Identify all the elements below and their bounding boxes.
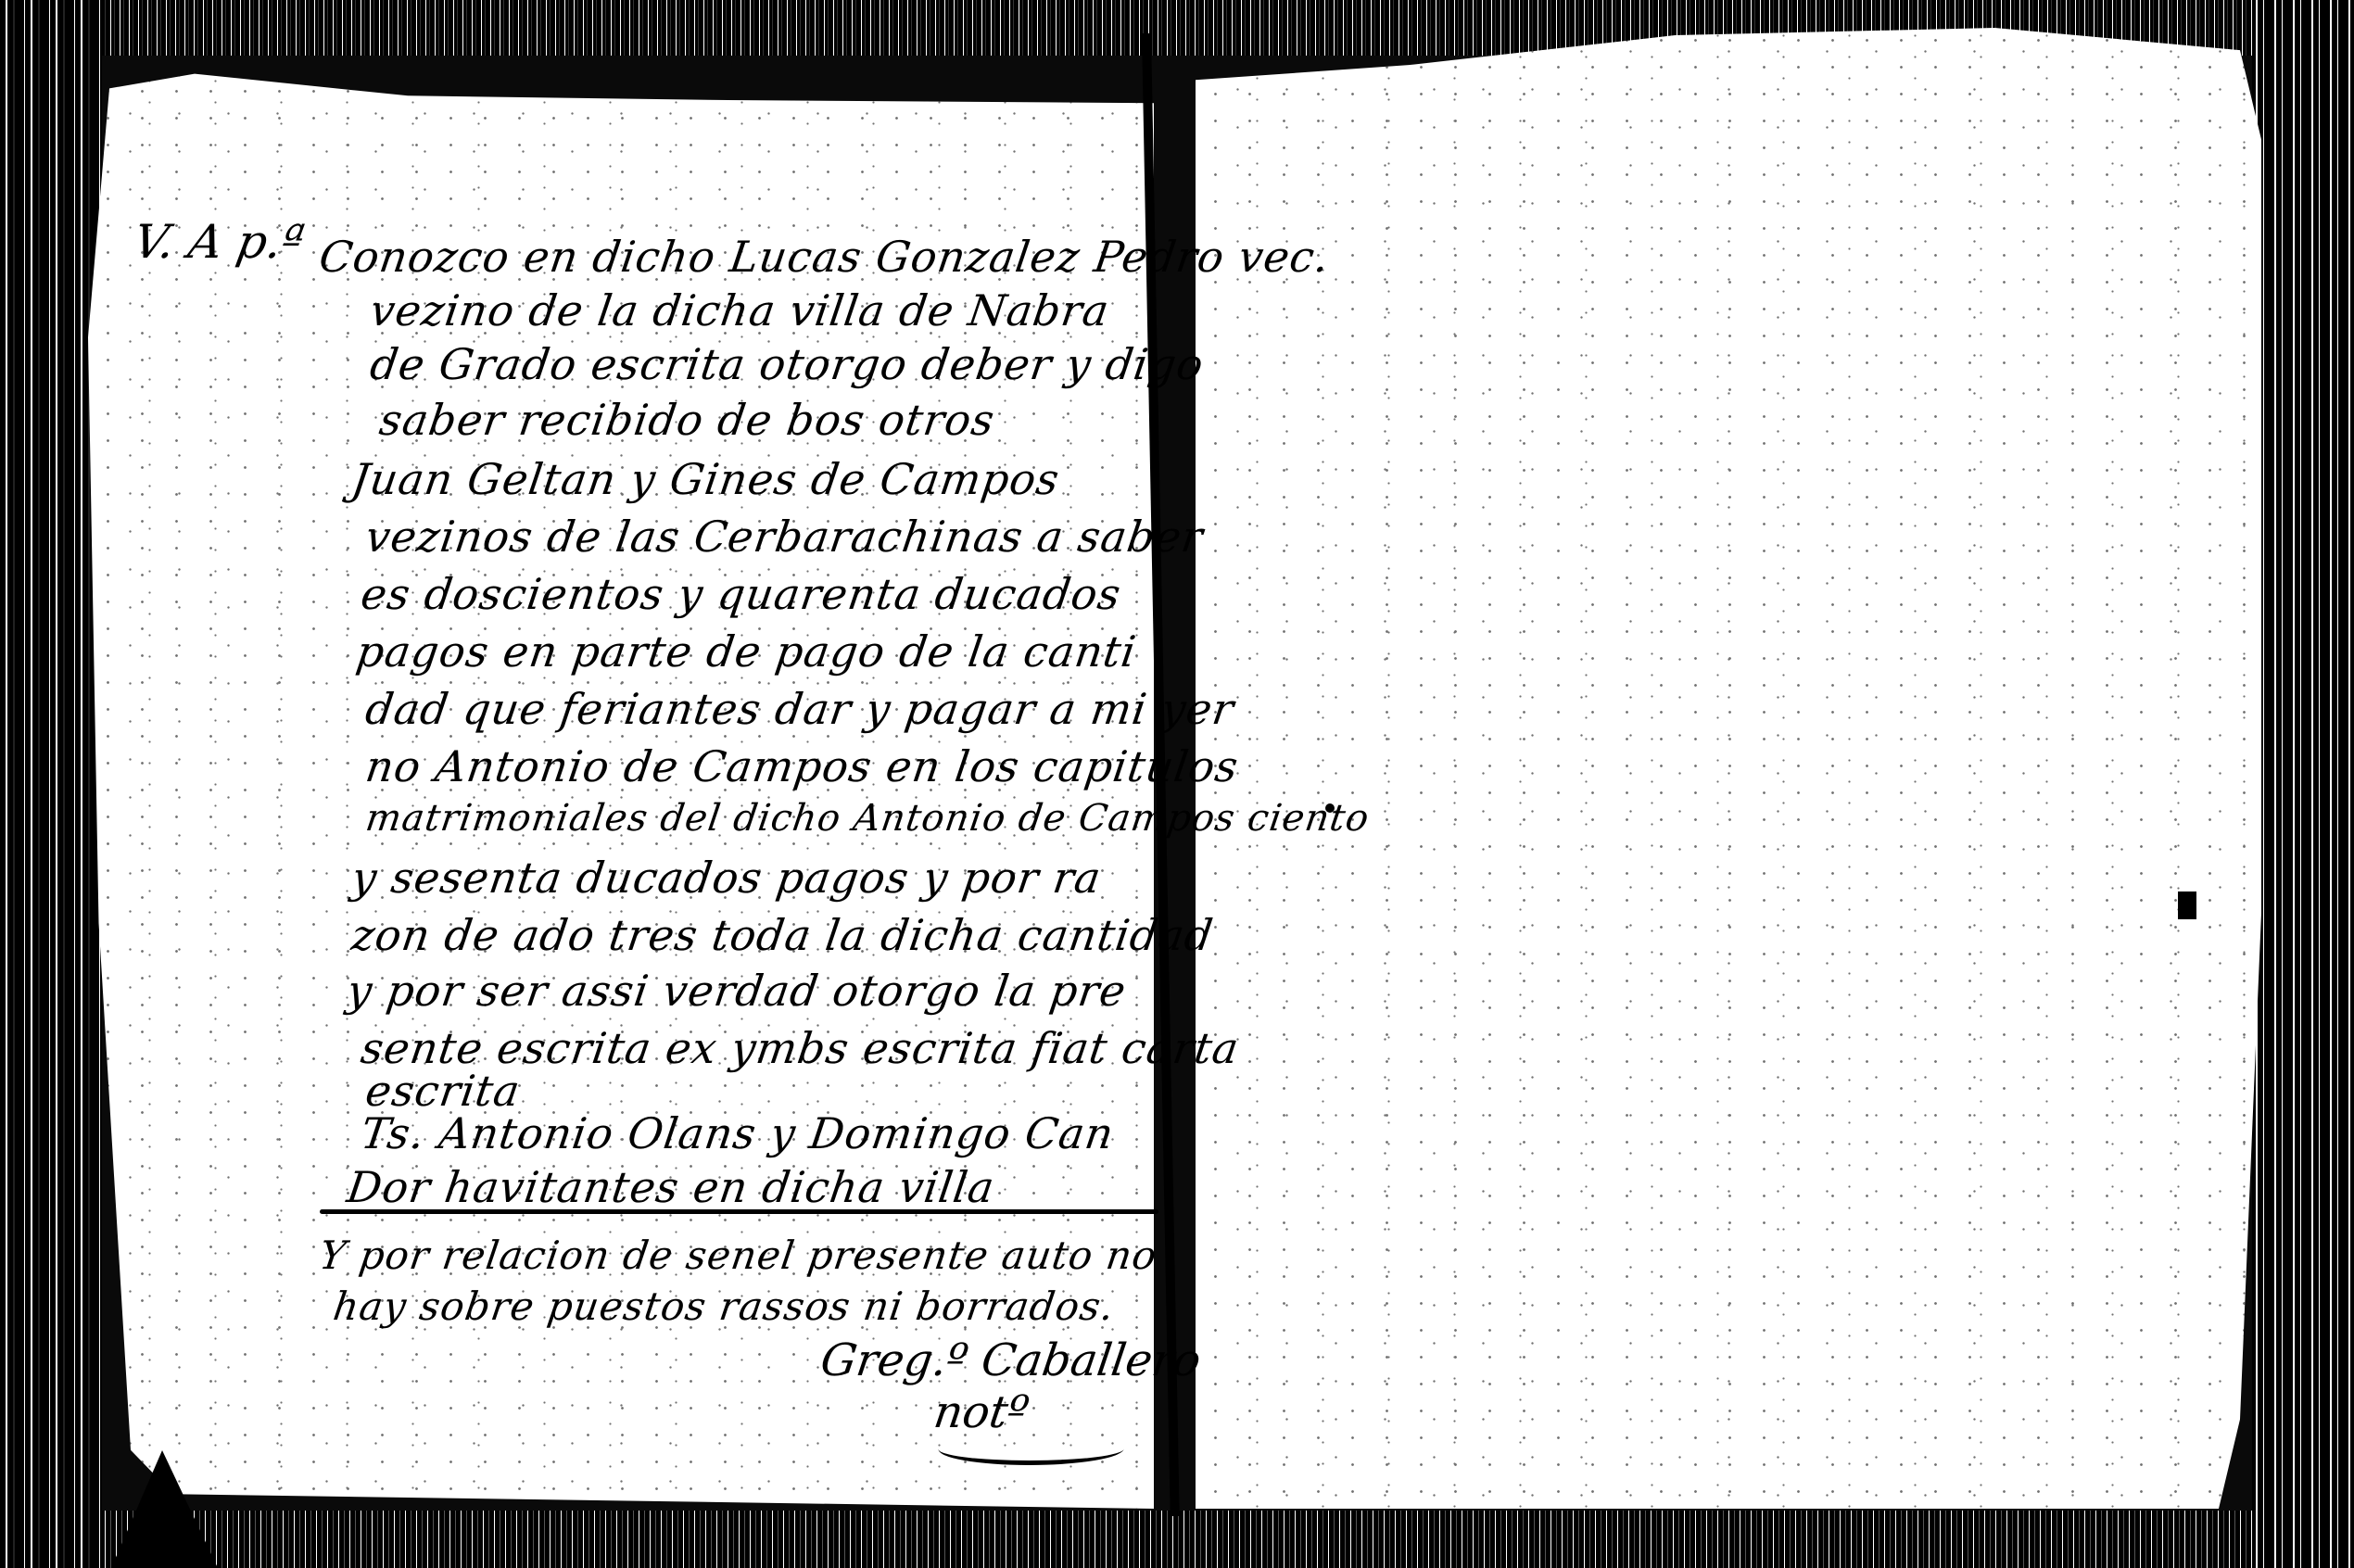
paper-speckle bbox=[1196, 20, 2261, 1509]
ink-blot bbox=[2178, 891, 2196, 919]
manuscript-line: vezinos de las Cerbarachinas a saber bbox=[362, 512, 1207, 562]
scan-right-edge bbox=[2252, 0, 2354, 1568]
postscript-line: hay sobre puestos rassos ni borrados. bbox=[331, 1283, 1118, 1329]
manuscript-line: dad que feriantes dar y pagar a mi yer bbox=[362, 684, 1237, 734]
scan-left-edge bbox=[0, 0, 102, 1568]
manuscript-line: pagos en parte de pago de la canti bbox=[353, 626, 1139, 677]
manuscript-line: y sesenta ducados pagos y por ra bbox=[348, 853, 1105, 903]
manuscript-line: y por ser assi verdad otorgo la pre bbox=[344, 966, 1130, 1016]
manuscript-line: no Antonio de Campos en los capitulos bbox=[362, 741, 1242, 791]
right-page bbox=[1196, 20, 2261, 1509]
manuscript-line: matrimoniales del dicho Antonio de Campo… bbox=[363, 797, 1373, 840]
signature-name: Greg.º Caballero bbox=[817, 1334, 1204, 1386]
manuscript-line: es doscientos y quarenta ducados bbox=[358, 569, 1124, 619]
margin-note: V. A p.ª bbox=[130, 215, 309, 269]
signature-title: notº bbox=[930, 1386, 1196, 1438]
scanned-document: V. A p.ª Conozco en dicho Lucas Gonzalez… bbox=[0, 0, 2354, 1568]
manuscript-line: Juan Geltan y Gines de Campos bbox=[348, 454, 1063, 504]
manuscript-line: Conozco en dicho Lucas Gonzalez Pedro ve… bbox=[316, 232, 1333, 282]
manuscript-line: Ts. Antonio Olans y Domingo Can bbox=[358, 1108, 1117, 1158]
postscript-line: Y por relacion de senel presente auto no bbox=[317, 1233, 1160, 1278]
notary-signature: Greg.º Caballero notº bbox=[806, 1334, 1204, 1465]
thumb-shadow bbox=[111, 1450, 218, 1568]
manuscript-line: vezino de la dicha villa de Nabra bbox=[367, 285, 1112, 335]
manuscript-line: de Grado escrita otorgo deber y digo bbox=[367, 339, 1207, 389]
manuscript-line: saber recibido de bos otros bbox=[376, 395, 998, 445]
closing-rule bbox=[320, 1209, 1158, 1214]
scan-bottom-edge bbox=[0, 1511, 2354, 1568]
manuscript-line: zon de ado tres toda la dicha cantidad bbox=[348, 910, 1217, 960]
manuscript-line: Dor havitantes en dicha villa bbox=[344, 1162, 998, 1212]
